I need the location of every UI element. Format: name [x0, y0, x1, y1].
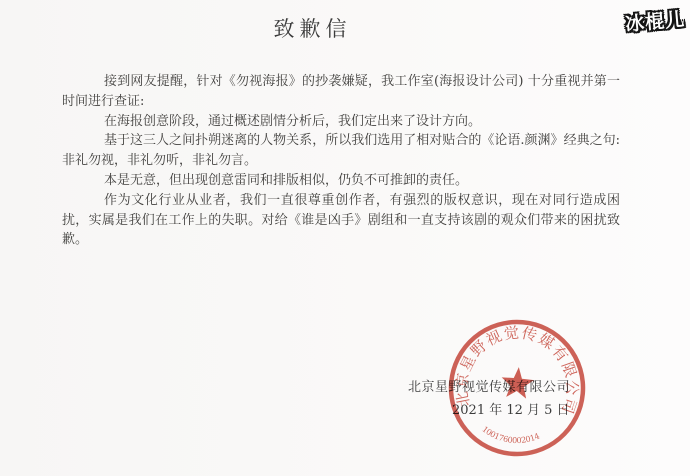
paragraph: 接到网友提醒，针对《勿视海报》的抄袭嫌疑，我工作室(海报设计公司) 十分重视并第… — [62, 72, 620, 112]
seal-number-text: 1001760002014 — [479, 424, 541, 447]
seal-star-icon — [500, 366, 535, 400]
apology-letter-page: 致歉信 冰棍儿 接到网友提醒，针对《勿视海报》的抄袭嫌疑，我工作室(海报设计公司… — [0, 0, 690, 476]
paragraph: 在海报创意阶段，通过概述剧情分析后，我们定出来了设计方向。 — [62, 112, 620, 132]
page-title: 致歉信 — [0, 13, 625, 43]
svg-text:1001760002014: 1001760002014 — [479, 424, 541, 447]
letter-body: 接到网友提醒，针对《勿视海报》的抄袭嫌疑，我工作室(海报设计公司) 十分重视并第… — [62, 72, 620, 250]
company-seal: 北京星野视觉传媒有限公司 1001760002014 — [447, 318, 587, 458]
paragraph: 基于这三人之间扑朔迷离的人物关系，所以我们选用了相对贴合的《论语.颜渊》经典之句… — [62, 131, 620, 171]
paragraph: 本是无意，但出现创意雷同和排版相似，仍负不可推卸的责任。 — [62, 171, 620, 191]
watermark: 冰棍儿 — [624, 4, 686, 36]
paragraph: 作为文化行业从业者，我们一直很尊重创作者，有强烈的版权意识，现在对同行造成困扰，… — [62, 191, 620, 250]
